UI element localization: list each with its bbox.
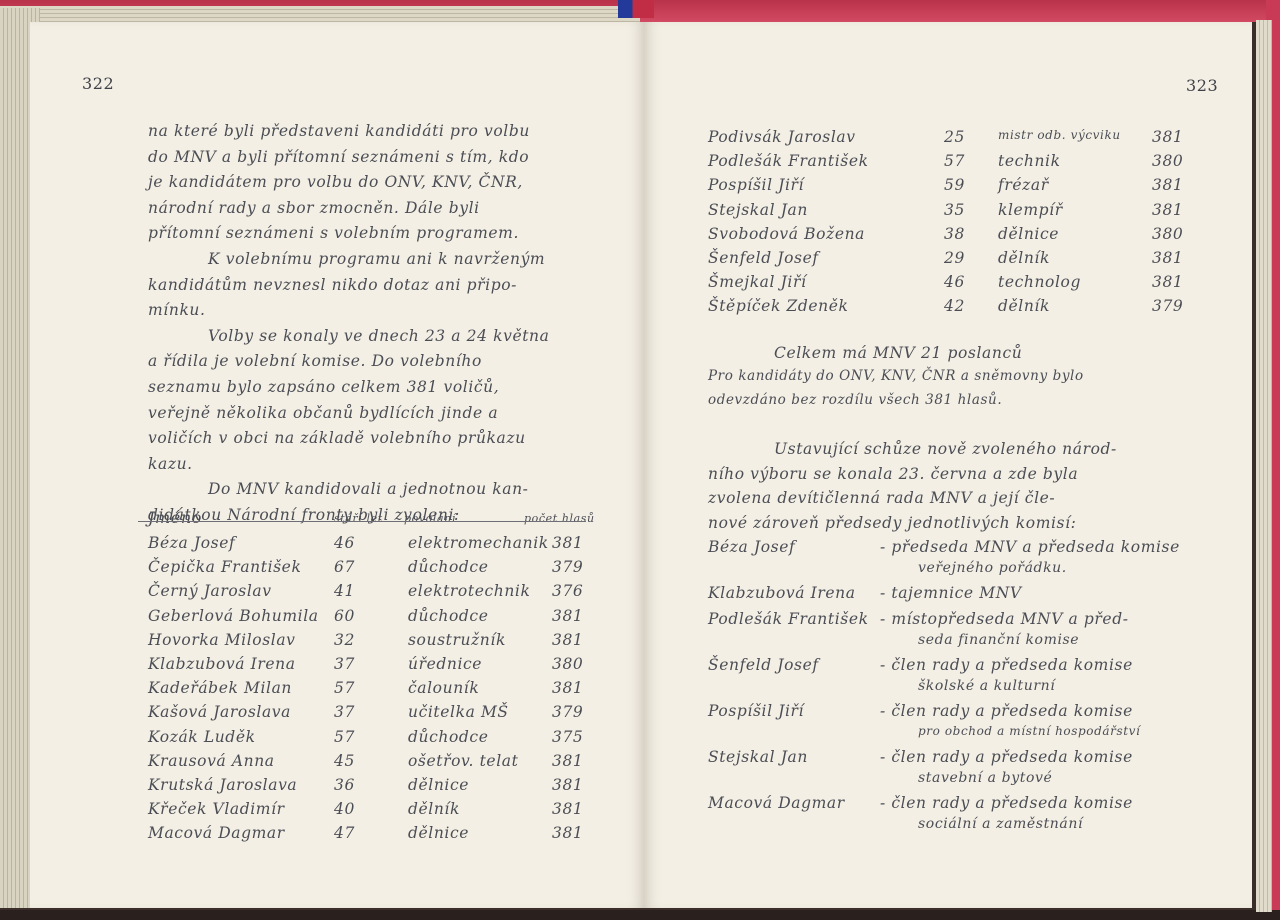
age-cell: 32 <box>334 631 355 649</box>
table-row: Geberlová Bohumila60důchodce381 <box>30 607 630 629</box>
table-row: Hovorka Miloslav32soustružník381 <box>30 631 630 653</box>
officer-role-line: - předseda MNV a předseda komise <box>880 538 1180 556</box>
paragraph-line: a řídila je volební komise. Do volebního <box>148 352 482 370</box>
paragraph-line: kandidátům nevznesl nikdo dotaz ani přip… <box>148 276 517 294</box>
age-cell: 46 <box>944 273 965 291</box>
occupation-cell: klempíř <box>998 201 1063 219</box>
votes-cell: 381 <box>552 824 583 842</box>
officer-name: Podlešák František <box>708 610 869 628</box>
officer-role-line: školské a kulturní <box>918 678 1055 694</box>
officer-role-line: - člen rady a předseda komise <box>880 702 1133 720</box>
officer-role-line: pro obchod a místní hospodářství <box>918 724 1140 738</box>
votes-cell: 380 <box>552 655 583 673</box>
officer-role-line: - člen rady a předseda komise <box>880 794 1133 812</box>
header-votes: počet hlasů <box>524 512 595 525</box>
right-page: 323 Podivsák Jaroslav25mistr odb. výcvik… <box>644 22 1252 908</box>
occupation-cell: učitelka MŠ <box>408 703 509 721</box>
occupation-cell: dělník <box>998 249 1050 267</box>
occupation-cell: frézař <box>998 176 1049 194</box>
votes-cell: 381 <box>1152 128 1183 146</box>
name-cell: Klabzubová Irena <box>148 655 296 673</box>
votes-cell: 375 <box>552 728 583 746</box>
table-row: Křeček Vladimír40dělník381 <box>30 800 630 822</box>
paragraph-line: přítomní seznámeni s volebním programem. <box>148 224 519 242</box>
votes-cell: 381 <box>1152 176 1183 194</box>
name-cell: Kozák Luděk <box>148 728 256 746</box>
age-cell: 45 <box>334 752 355 770</box>
officer-role-line: seda finanční komise <box>918 632 1079 648</box>
header-age: stáří let <box>334 512 383 525</box>
name-cell: Kadeřábek Milan <box>148 679 292 697</box>
age-cell: 41 <box>334 582 355 600</box>
occupation-cell: technik <box>998 152 1061 170</box>
votes-cell: 380 <box>1152 152 1183 170</box>
paragraph-line: mínku. <box>148 301 206 319</box>
name-cell: Krutská Jaroslava <box>148 776 297 794</box>
name-cell: Geberlová Bohumila <box>148 607 319 625</box>
name-cell: Podlešák František <box>708 152 869 170</box>
occupation-cell: dělnice <box>998 225 1059 243</box>
occupation-cell: soustružník <box>408 631 506 649</box>
ribbon-bookmark <box>618 0 654 18</box>
table-row: Kašová Jaroslava37učitelka MŠ379 <box>30 703 630 725</box>
age-cell: 40 <box>334 800 355 818</box>
votes-cell: 381 <box>552 800 583 818</box>
page-number: 323 <box>1186 76 1218 95</box>
age-cell: 38 <box>944 225 965 243</box>
occupation-cell: technolog <box>998 273 1081 291</box>
occupation-cell: dělník <box>408 800 460 818</box>
header-occupation: povolání <box>404 512 456 525</box>
occupation-cell: mistr odb. výcviku <box>998 128 1121 142</box>
table-row: Šmejkal Jiří46technolog381 <box>644 273 1244 295</box>
session-line: ního výboru se konala 23. června a zde b… <box>708 465 1078 483</box>
age-cell: 47 <box>334 824 355 842</box>
votes-cell: 381 <box>552 752 583 770</box>
votes-cell: 379 <box>1152 297 1183 315</box>
summary-line: Pro kandidáty do ONV, KNV, ČNR a sněmovn… <box>708 368 1084 384</box>
left-page: 322 na které byli představeni kandidáti … <box>30 22 644 908</box>
name-cell: Šmejkal Jiří <box>708 273 807 291</box>
name-cell: Stejskal Jan <box>708 201 808 219</box>
votes-cell: 381 <box>552 679 583 697</box>
page-edges-right <box>1256 20 1272 912</box>
occupation-cell: dělnice <box>408 824 469 842</box>
age-cell: 67 <box>334 558 355 576</box>
paragraph-line: K volebnímu programu ani k navrženým <box>208 250 545 268</box>
votes-cell: 381 <box>552 534 583 552</box>
paragraph-line: Volby se konaly ve dnech 23 a 24 května <box>208 327 549 345</box>
paragraph-line: Do MNV kandidovali a jednotnou kan- <box>208 480 529 498</box>
officer-name: Klabzubová Irena <box>708 584 856 602</box>
summary-line: Celkem má MNV 21 poslanců <box>774 344 1022 362</box>
officer-name: Stejskal Jan <box>708 748 808 766</box>
session-line: nové zároveň předsedy jednotlivých komis… <box>708 514 1077 532</box>
page-number: 322 <box>82 74 114 93</box>
occupation-cell: úřednice <box>408 655 482 673</box>
officer-role-line: - člen rady a předseda komise <box>880 656 1133 674</box>
table-row: Čepička František67důchodce379 <box>30 558 630 580</box>
paragraph-line: seznamu bylo zapsáno celkem 381 voličů, <box>148 378 499 396</box>
table-row: Šenfeld Josef29dělník381 <box>644 249 1244 271</box>
votes-cell: 381 <box>1152 273 1183 291</box>
name-cell: Kašová Jaroslava <box>148 703 291 721</box>
table-row: Svobodová Božena38dělnice380 <box>644 225 1244 247</box>
name-cell: Svobodová Božena <box>708 225 865 243</box>
name-cell: Čepička František <box>148 558 301 576</box>
table-row: Krutská Jaroslava36dělnice381 <box>30 776 630 798</box>
age-cell: 60 <box>334 607 355 625</box>
occupation-cell: čalouník <box>408 679 479 697</box>
occupation-cell: dělnice <box>408 776 469 794</box>
paragraph-line: na které byli představeni kandidáti pro … <box>148 122 530 140</box>
age-cell: 59 <box>944 176 965 194</box>
paragraph-line: veřejně několika občanů bydlících jinde … <box>148 404 498 422</box>
occupation-cell: dělník <box>998 297 1050 315</box>
table-row: Klabzubová Irena37úřednice380 <box>30 655 630 677</box>
occupation-cell: důchodce <box>408 728 488 746</box>
name-cell: Štěpíček Zdeněk <box>708 297 849 315</box>
officer-role-line: sociální a zaměstnání <box>918 816 1083 832</box>
name-cell: Hovorka Miloslav <box>148 631 296 649</box>
name-cell: Podivsák Jaroslav <box>708 128 856 146</box>
age-cell: 46 <box>334 534 355 552</box>
occupation-cell: důchodce <box>408 558 488 576</box>
table-row: Stejskal Jan35klempíř381 <box>644 201 1244 223</box>
votes-cell: 381 <box>552 776 583 794</box>
officer-role-line: veřejného pořádku. <box>918 560 1067 576</box>
name-cell: Šenfeld Josef <box>708 249 819 267</box>
age-cell: 57 <box>334 728 355 746</box>
name-cell: Křeček Vladimír <box>148 800 285 818</box>
votes-cell: 379 <box>552 703 583 721</box>
paragraph-line: národní rady a sbor zmocněn. Dále byli <box>148 199 480 217</box>
age-cell: 36 <box>334 776 355 794</box>
paragraph-line: do MNV a byli přítomní seznámeni s tím, … <box>148 148 529 166</box>
header-name: Jméno <box>148 508 202 527</box>
table-row: Kozák Luděk57důchodce375 <box>30 728 630 750</box>
name-cell: Macová Dagmar <box>148 824 285 842</box>
table-row: Štěpíček Zdeněk42dělník379 <box>644 297 1244 319</box>
table-header-rule <box>138 521 586 522</box>
votes-cell: 376 <box>552 582 583 600</box>
officer-role-line: - tajemnice MNV <box>880 584 1022 602</box>
age-cell: 57 <box>334 679 355 697</box>
table-row: Kadeřábek Milan57čalouník381 <box>30 679 630 701</box>
age-cell: 57 <box>944 152 965 170</box>
age-cell: 42 <box>944 297 965 315</box>
occupation-cell: ošetřov. telat <box>408 752 518 770</box>
votes-cell: 379 <box>552 558 583 576</box>
session-line: zvolena devítičlenná rada MNV a její čle… <box>708 489 1055 507</box>
table-row: Podivsák Jaroslav25mistr odb. výcviku381 <box>644 128 1244 150</box>
age-cell: 29 <box>944 249 965 267</box>
name-cell: Béza Josef <box>148 534 235 552</box>
age-cell: 37 <box>334 703 355 721</box>
table-row: Béza Josef46elektromechanik381 <box>30 534 630 556</box>
paragraph-line: je kandidátem pro volbu do ONV, KNV, ČNR… <box>148 173 523 191</box>
table-row: Macová Dagmar47dělnice381 <box>30 824 630 846</box>
votes-cell: 381 <box>552 631 583 649</box>
age-cell: 35 <box>944 201 965 219</box>
votes-cell: 380 <box>1152 225 1183 243</box>
votes-cell: 381 <box>1152 201 1183 219</box>
name-cell: Černý Jaroslav <box>148 582 272 600</box>
officer-role-line: stavební a bytové <box>918 770 1052 786</box>
age-cell: 25 <box>944 128 965 146</box>
session-line: Ustavující schůze nově zvoleného národ- <box>774 440 1117 458</box>
occupation-cell: důchodce <box>408 607 488 625</box>
table-row: Černý Jaroslav41elektrotechnik376 <box>30 582 630 604</box>
occupation-cell: elektrotechnik <box>408 582 530 600</box>
table-row: Podlešák František57technik380 <box>644 152 1244 174</box>
officer-name: Macová Dagmar <box>708 794 845 812</box>
votes-cell: 381 <box>1152 249 1183 267</box>
officer-name: Béza Josef <box>708 538 795 556</box>
officer-role-line: - člen rady a předseda komise <box>880 748 1133 766</box>
table-row: Krausová Anna45ošetřov. telat381 <box>30 752 630 774</box>
votes-cell: 381 <box>552 607 583 625</box>
officer-role-line: - místopředseda MNV a před- <box>880 610 1129 628</box>
name-cell: Pospíšil Jiří <box>708 176 804 194</box>
paragraph-line: voličích v obci na základě volebního prů… <box>148 429 526 447</box>
occupation-cell: elektromechanik <box>408 534 549 552</box>
name-cell: Krausová Anna <box>148 752 275 770</box>
table-header: Jméno stáří let povolání počet hlasů <box>30 508 630 528</box>
paragraph-line: kazu. <box>148 455 193 473</box>
book-cover-bottom <box>0 910 1280 920</box>
officer-name: Pospíšil Jiří <box>708 702 804 720</box>
officer-name: Šenfeld Josef <box>708 656 819 674</box>
summary-line: odevzdáno bez rozdílu všech 381 hlasů. <box>708 392 1002 408</box>
table-row: Pospíšil Jiří59frézař381 <box>644 176 1244 198</box>
age-cell: 37 <box>334 655 355 673</box>
